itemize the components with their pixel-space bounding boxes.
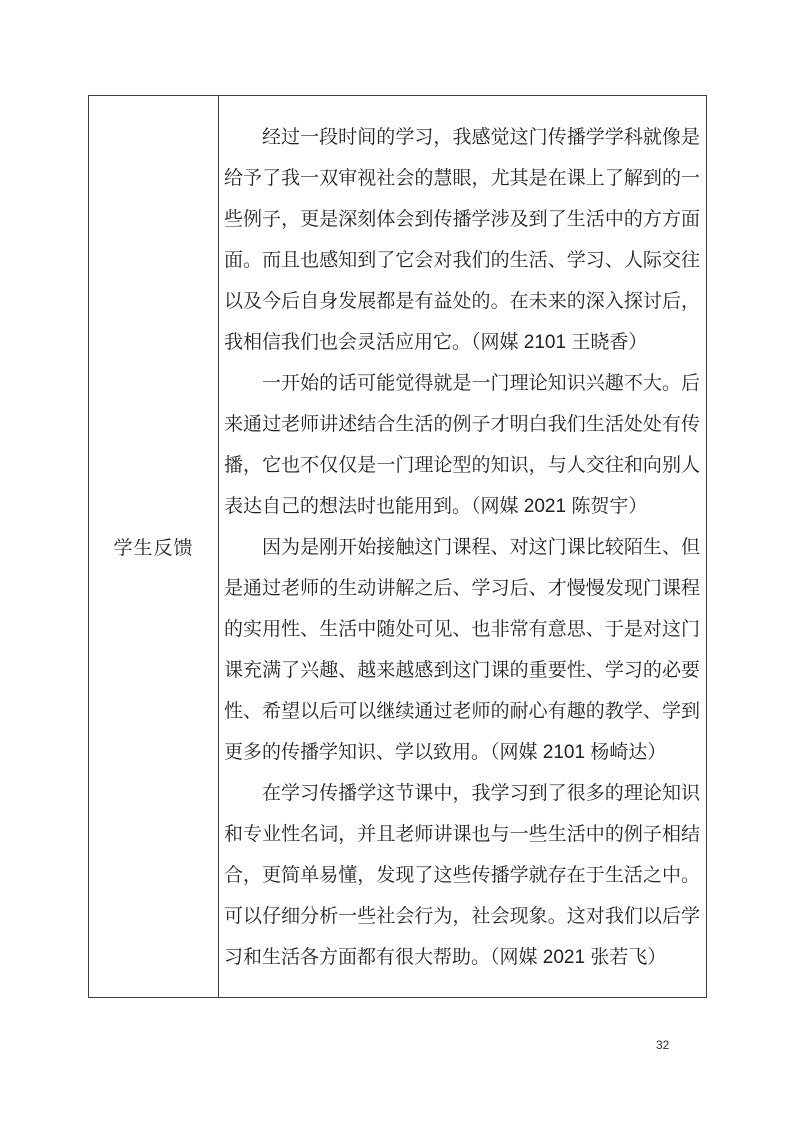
row-header-student-feedback: 学生反馈 (89, 96, 219, 998)
feedback-paragraph: 一开始的话可能觉得就是一门理论知识兴趣不大。后来通过老师讲述结合生活的例子才明白… (224, 363, 700, 527)
student-feedback-table: 学生反馈 经过一段时间的学习，我感觉这门传播学学科就像是给予了我一双审视社会的慧… (88, 95, 707, 998)
feedback-paragraph: 在学习传播学这节课中，我学习到了很多的理论知识和专业性名词，并且老师讲课也与一些… (224, 773, 700, 978)
page-number: 32 (656, 1038, 669, 1052)
feedback-paragraph: 经过一段时间的学习，我感觉这门传播学学科就像是给予了我一双审视社会的慧眼，尤其是… (224, 117, 700, 363)
document-page: 学生反馈 经过一段时间的学习，我感觉这门传播学学科就像是给予了我一双审视社会的慧… (0, 0, 794, 1123)
table-row: 学生反馈 经过一段时间的学习，我感觉这门传播学学科就像是给予了我一双审视社会的慧… (89, 96, 707, 998)
feedback-content-cell: 经过一段时间的学习，我感觉这门传播学学科就像是给予了我一双审视社会的慧眼，尤其是… (219, 96, 707, 998)
feedback-paragraph: 因为是刚开始接触这门课程、对这门课比较陌生、但是通过老师的生动讲解之后、学习后、… (224, 527, 700, 773)
